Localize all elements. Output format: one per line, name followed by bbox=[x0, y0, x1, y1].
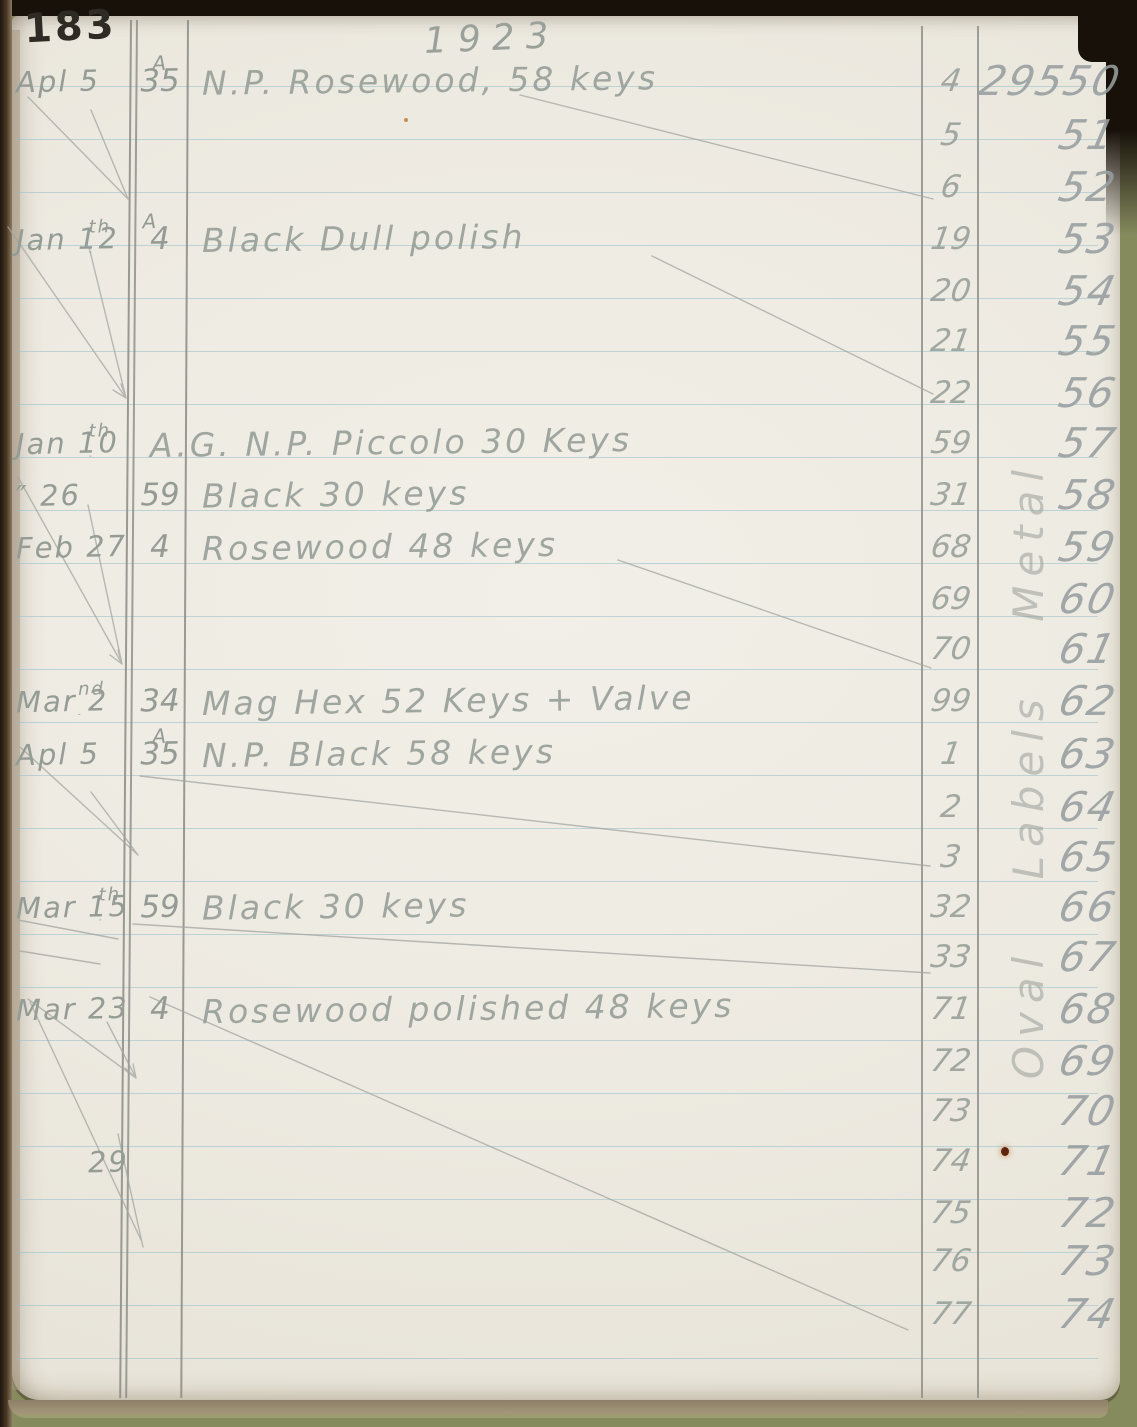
quantity-cell: 71 bbox=[920, 986, 981, 1032]
description-cell: Black Dull polish bbox=[202, 214, 526, 264]
ledger-row: 7269 bbox=[0, 1038, 1137, 1084]
ledger-row: 2054 bbox=[0, 268, 1137, 314]
ledger-row: 7572 bbox=[0, 1190, 1137, 1236]
ledger-row: 2256 bbox=[0, 370, 1137, 416]
quantity-cell: 4 bbox=[920, 58, 981, 104]
quantity-cell: 1 bbox=[920, 731, 981, 777]
vertical-margin-note: Oval Labels Metal bbox=[1004, 300, 1052, 1240]
model-number-cell: 4A bbox=[132, 216, 189, 263]
page-number-stamp: 183 bbox=[23, 2, 118, 53]
ledger-row: 7061 bbox=[0, 626, 1137, 672]
quantity-cell: 68 bbox=[920, 524, 981, 570]
description-cell: A.G. N.P. Piccolo 30 Keys bbox=[150, 417, 633, 469]
date-cell: Jan 12th bbox=[15, 215, 132, 264]
serial-number-cell: 51 bbox=[975, 112, 1122, 158]
serial-number-cell: 52 bbox=[975, 164, 1122, 210]
ledger-row: Jan 12th4ABlack Dull polish1953 bbox=[0, 216, 1137, 262]
ledger-row: 652 bbox=[0, 164, 1137, 210]
ledger-row: 7774 bbox=[0, 1291, 1137, 1337]
date-cell: Feb 27 bbox=[15, 523, 132, 572]
quantity-cell: 72 bbox=[920, 1038, 981, 1084]
quantity-cell: 5 bbox=[920, 112, 981, 158]
ledger-row: Mar 234Rosewood polished 48 keys7168 bbox=[0, 986, 1137, 1032]
ledger-row: 2155 bbox=[0, 318, 1137, 364]
date-cell: Apl 5 bbox=[15, 57, 132, 106]
quantity-cell: 77 bbox=[920, 1291, 981, 1337]
quantity-cell: 31 bbox=[920, 472, 981, 518]
description-cell: Black 30 keys bbox=[202, 470, 470, 519]
quantity-cell: 20 bbox=[920, 268, 981, 314]
ledger-row: 365 bbox=[0, 834, 1137, 880]
quantity-cell: 99 bbox=[920, 678, 981, 724]
date-cell: Jan 10th bbox=[15, 419, 132, 468]
ledger-row: 6960 bbox=[0, 576, 1137, 622]
description-cell: Black 30 keys bbox=[202, 882, 470, 931]
quantity-cell: 73 bbox=[920, 1088, 981, 1134]
year-heading: 1923 bbox=[423, 15, 560, 62]
model-number-cell: 34 bbox=[132, 678, 189, 725]
quantity-cell: 19 bbox=[920, 216, 981, 262]
model-number-cell: 4 bbox=[132, 524, 189, 571]
ledger-row: 7370 bbox=[0, 1088, 1137, 1134]
ledger-row: Mar 2nd34Mag Hex 52 Keys + Valve9962 bbox=[0, 678, 1137, 724]
quantity-cell: 74 bbox=[920, 1138, 981, 1184]
ledger-row: ″ 2659Black 30 keys3158 bbox=[0, 472, 1137, 518]
paper-speck bbox=[404, 118, 408, 122]
description-cell: Rosewood polished 48 keys bbox=[202, 983, 735, 1036]
serial-number-cell: 29550 bbox=[975, 58, 1122, 104]
quantity-cell: 32 bbox=[920, 884, 981, 930]
ledger-row: Jan 10thA.G. N.P. Piccolo 30 Keys5957 bbox=[0, 420, 1137, 466]
model-number-cell: 59 bbox=[132, 472, 189, 519]
model-number-cell: 35A bbox=[132, 731, 189, 778]
quantity-cell: 70 bbox=[920, 626, 981, 672]
ledger-row: Mar 15th59Black 30 keys3266 bbox=[0, 884, 1137, 930]
serial-number-cell: 74 bbox=[975, 1291, 1122, 1337]
date-cell: Mar 23 bbox=[15, 985, 132, 1034]
ledger-row: 551 bbox=[0, 112, 1137, 158]
ledger-row: Feb 274Rosewood 48 keys6859 bbox=[0, 524, 1137, 570]
description-cell: Mag Hex 52 Keys + Valve bbox=[202, 675, 695, 727]
date-cell: ″ 26 bbox=[15, 471, 132, 520]
quantity-cell: 21 bbox=[920, 318, 981, 364]
quantity-cell: 33 bbox=[920, 934, 981, 980]
ledger-row: 297471 bbox=[0, 1138, 1137, 1184]
ledger-row: Apl 535AN.P. Black 58 keys163 bbox=[0, 731, 1137, 777]
description-cell: N.P. Rosewood, 58 keys bbox=[202, 55, 659, 107]
ink-stain bbox=[1001, 1147, 1009, 1156]
ledger-row: Apl 535AN.P. Rosewood, 58 keys429550 bbox=[0, 58, 1137, 104]
serial-number-cell: 53 bbox=[975, 216, 1122, 262]
scanned-ledger-page: 183 1923 Apl 535AN.P. Rosewood, 58 keys4… bbox=[0, 0, 1137, 1427]
page-content: 183 1923 Apl 535AN.P. Rosewood, 58 keys4… bbox=[0, 0, 1137, 1427]
quantity-cell: 75 bbox=[920, 1190, 981, 1236]
ledger-row: 3367 bbox=[0, 934, 1137, 980]
quantity-cell: 6 bbox=[920, 164, 981, 210]
serial-number-cell: 73 bbox=[975, 1238, 1122, 1284]
description-cell: N.P. Black 58 keys bbox=[202, 729, 556, 779]
model-number-cell: 35A bbox=[132, 58, 189, 105]
date-cell: Apl 5 bbox=[15, 730, 132, 779]
quantity-cell: 69 bbox=[920, 576, 981, 622]
description-cell: Rosewood 48 keys bbox=[202, 522, 559, 572]
quantity-cell: 3 bbox=[920, 834, 981, 880]
model-number-cell: 59 bbox=[132, 884, 189, 931]
ledger-row: 264 bbox=[0, 784, 1137, 830]
date-cell: 29 bbox=[87, 1137, 204, 1186]
ledger-row: 7673 bbox=[0, 1238, 1137, 1284]
quantity-cell: 76 bbox=[920, 1238, 981, 1284]
date-cell: Mar 15th bbox=[15, 883, 132, 932]
quantity-cell: 59 bbox=[920, 420, 981, 466]
quantity-cell: 22 bbox=[920, 370, 981, 416]
date-cell: Mar 2nd bbox=[15, 677, 132, 726]
quantity-cell: 2 bbox=[920, 784, 981, 830]
model-number-cell: 4 bbox=[132, 986, 189, 1033]
